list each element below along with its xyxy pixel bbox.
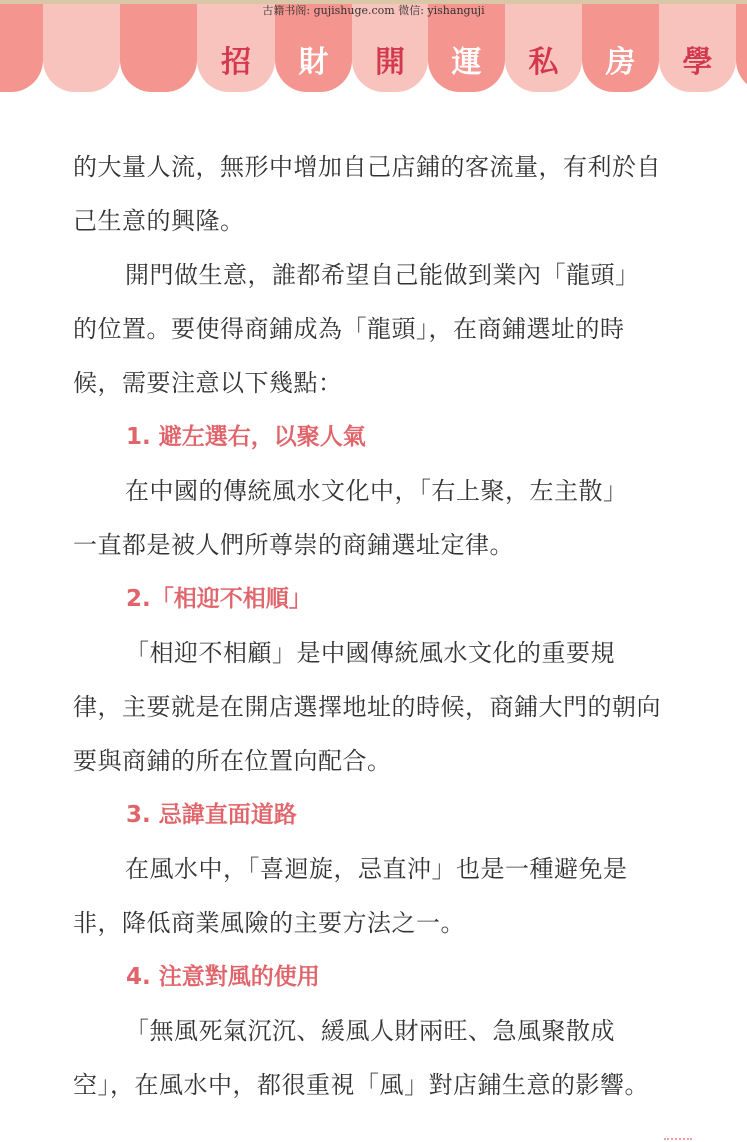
watermark-text: 古籍书阁: gujishuge.com 微信: yishanguji <box>0 4 747 18</box>
body-line: 的大量人流，無形中增加自己店鋪的客流量，有利於自 <box>73 140 673 194</box>
body-line: 己生意的興隆。 <box>73 194 673 248</box>
section-heading: 3. 忌諱直面道路 <box>73 788 673 842</box>
section-heading: 2.「相迎不相順」 <box>73 572 673 626</box>
title-char: 私 <box>529 48 559 78</box>
body-line: 的位置。要使得商鋪成為「龍頭」，在商鋪選址的時 <box>73 302 673 356</box>
title-char: 房 <box>606 48 636 78</box>
body-line: 「相迎不相顧」是中國傳統風水文化的重要規 <box>73 626 673 680</box>
title-char: 財 <box>299 48 329 78</box>
body-line: 要與商鋪的所在位置向配合。 <box>73 734 673 788</box>
page-number-fragment <box>664 1138 692 1142</box>
body-line: 在風水中，「喜迴旋，忌直沖」也是一種避免是 <box>73 842 673 896</box>
title-char: 開 <box>375 48 405 78</box>
body-line: 空」，在風水中，都很重視「風」對店鋪生意的影響。 <box>73 1058 673 1112</box>
body-line: 開門做生意，誰都希望自己能做到業內「龍頭」 <box>73 248 673 302</box>
title-char: 招 <box>221 48 251 78</box>
body-line: 律，主要就是在開店選擇地址的時候，商鋪大門的朝向 <box>73 680 673 734</box>
body-line: 「無風死氣沉沉、緩風人財兩旺、急風聚散成 <box>73 1004 673 1058</box>
body-line: 在中國的傳統風水文化中，「右上聚，左主散」 <box>73 464 673 518</box>
section-heading: 1. 避左選右，以聚人氣 <box>73 410 673 464</box>
body-line: 一直都是被人們所尊崇的商鋪選址定律。 <box>73 518 673 572</box>
title-char: 學 <box>683 48 713 78</box>
section-heading: 4. 注意對風的使用 <box>73 950 673 1004</box>
title-char: 運 <box>452 48 482 78</box>
body-line: 候，需要注意以下幾點： <box>73 356 673 410</box>
body-line: 非，降低商業風險的主要方法之一。 <box>73 896 673 950</box>
page-body: 的大量人流，無形中增加自己店鋪的客流量，有利於自 己生意的興隆。 開門做生意，誰… <box>73 140 673 1112</box>
